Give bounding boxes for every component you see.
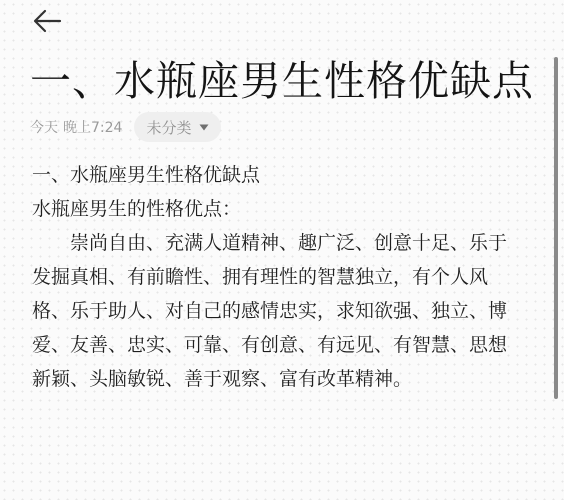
note-time: 晚上7:24 [63, 117, 122, 137]
note-date: 今天 [30, 117, 58, 137]
back-button[interactable] [30, 6, 64, 36]
paragraph-heading: 一、水瓶座男生性格优缺点 [32, 158, 522, 192]
note-body[interactable]: 一、水瓶座男生性格优缺点 水瓶座男生的性格优点： 崇尚自由、充满人道精神、趣广泛… [32, 158, 522, 396]
arrow-left-icon [32, 8, 62, 34]
note-meta: 今天 晚上7:24 未分类 [30, 112, 221, 142]
paragraph-content: 崇尚自由、充满人道精神、趣广泛、创意十足、乐于发掘真相、有前瞻性、拥有理性的智慧… [32, 226, 522, 396]
note-title[interactable]: 一、水瓶座男生性格优缺点 [30, 56, 534, 106]
caret-down-icon [199, 124, 209, 131]
category-label: 未分类 [146, 117, 191, 138]
category-dropdown[interactable]: 未分类 [134, 112, 221, 142]
scrollbar[interactable] [554, 57, 558, 399]
paragraph-subheading: 水瓶座男生的性格优点： [32, 192, 522, 226]
